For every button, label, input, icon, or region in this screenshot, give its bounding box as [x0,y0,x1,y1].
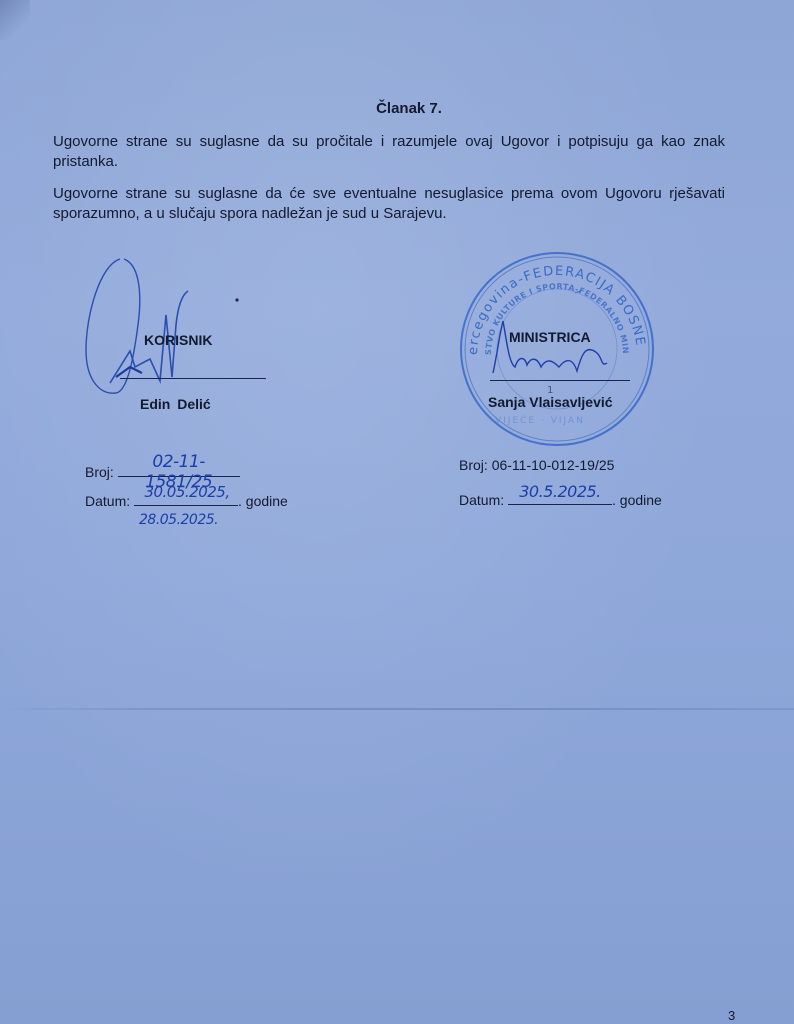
svg-text:VIJEĆE · VIJAN: VIJEĆE · VIJAN [495,414,585,426]
article-title: Članak 7. [0,100,794,117]
page-corner-shadow [0,0,30,40]
datum-handwritten-left-2: 28.05.2025. [139,512,218,528]
datum-field-left: Datum: 30.05.2025, . godine [85,489,288,509]
role-label-ministrica: MINISTRICA [509,329,591,345]
datum-blank-right: 30.5.2025. [508,488,612,505]
broj-field-right: Broj: 06-11-10-012-19/25 [459,457,614,473]
broj-value-right: 06-11-10-012-19/25 [492,457,615,473]
signature-line-left [120,378,266,379]
broj-label-left: Broj: [85,464,114,480]
signature-line-right [490,380,630,381]
datum-blank-left: 30.05.2025, [134,489,238,506]
signatory-name-left: Edin Delić [140,396,211,412]
datum-handwritten-left: 30.05.2025, [136,483,238,501]
page-number: 3 [728,1008,735,1023]
paper-fold-line [0,708,794,710]
official-stamp: ercegovina-FEDERACIJA BOSNE I HERCEG STV… [455,245,660,450]
role-label-korisnik: KORISNIK [144,332,212,348]
datum-label-left: Datum: [85,493,130,509]
signatory-name-right: Sanja Vlaisavljević [488,394,613,410]
godine-label-right: . godine [612,492,662,508]
signature-block-ministrica: ercegovina-FEDERACIJA BOSNE I HERCEG STV… [455,245,660,450]
paragraph-2: Ugovorne strane su suglasne da će sve ev… [53,184,725,224]
signature-block-korisnik: KORISNIK Edin Delić [80,255,280,425]
paragraph-1: Ugovorne strane su suglasne da su pročit… [53,132,725,172]
datum-label-right: Datum: [459,492,504,508]
broj-field-left: Broj: 02-11- 1581/25 [85,458,240,480]
godine-label-left: . godine [238,493,288,509]
broj-blank-left: 02-11- 1581/25 [118,458,240,477]
broj-label-right: Broj: [459,457,488,473]
datum-field-right: Datum: 30.5.2025. . godine [459,488,662,508]
datum-handwritten-right: 30.5.2025. [508,482,612,501]
